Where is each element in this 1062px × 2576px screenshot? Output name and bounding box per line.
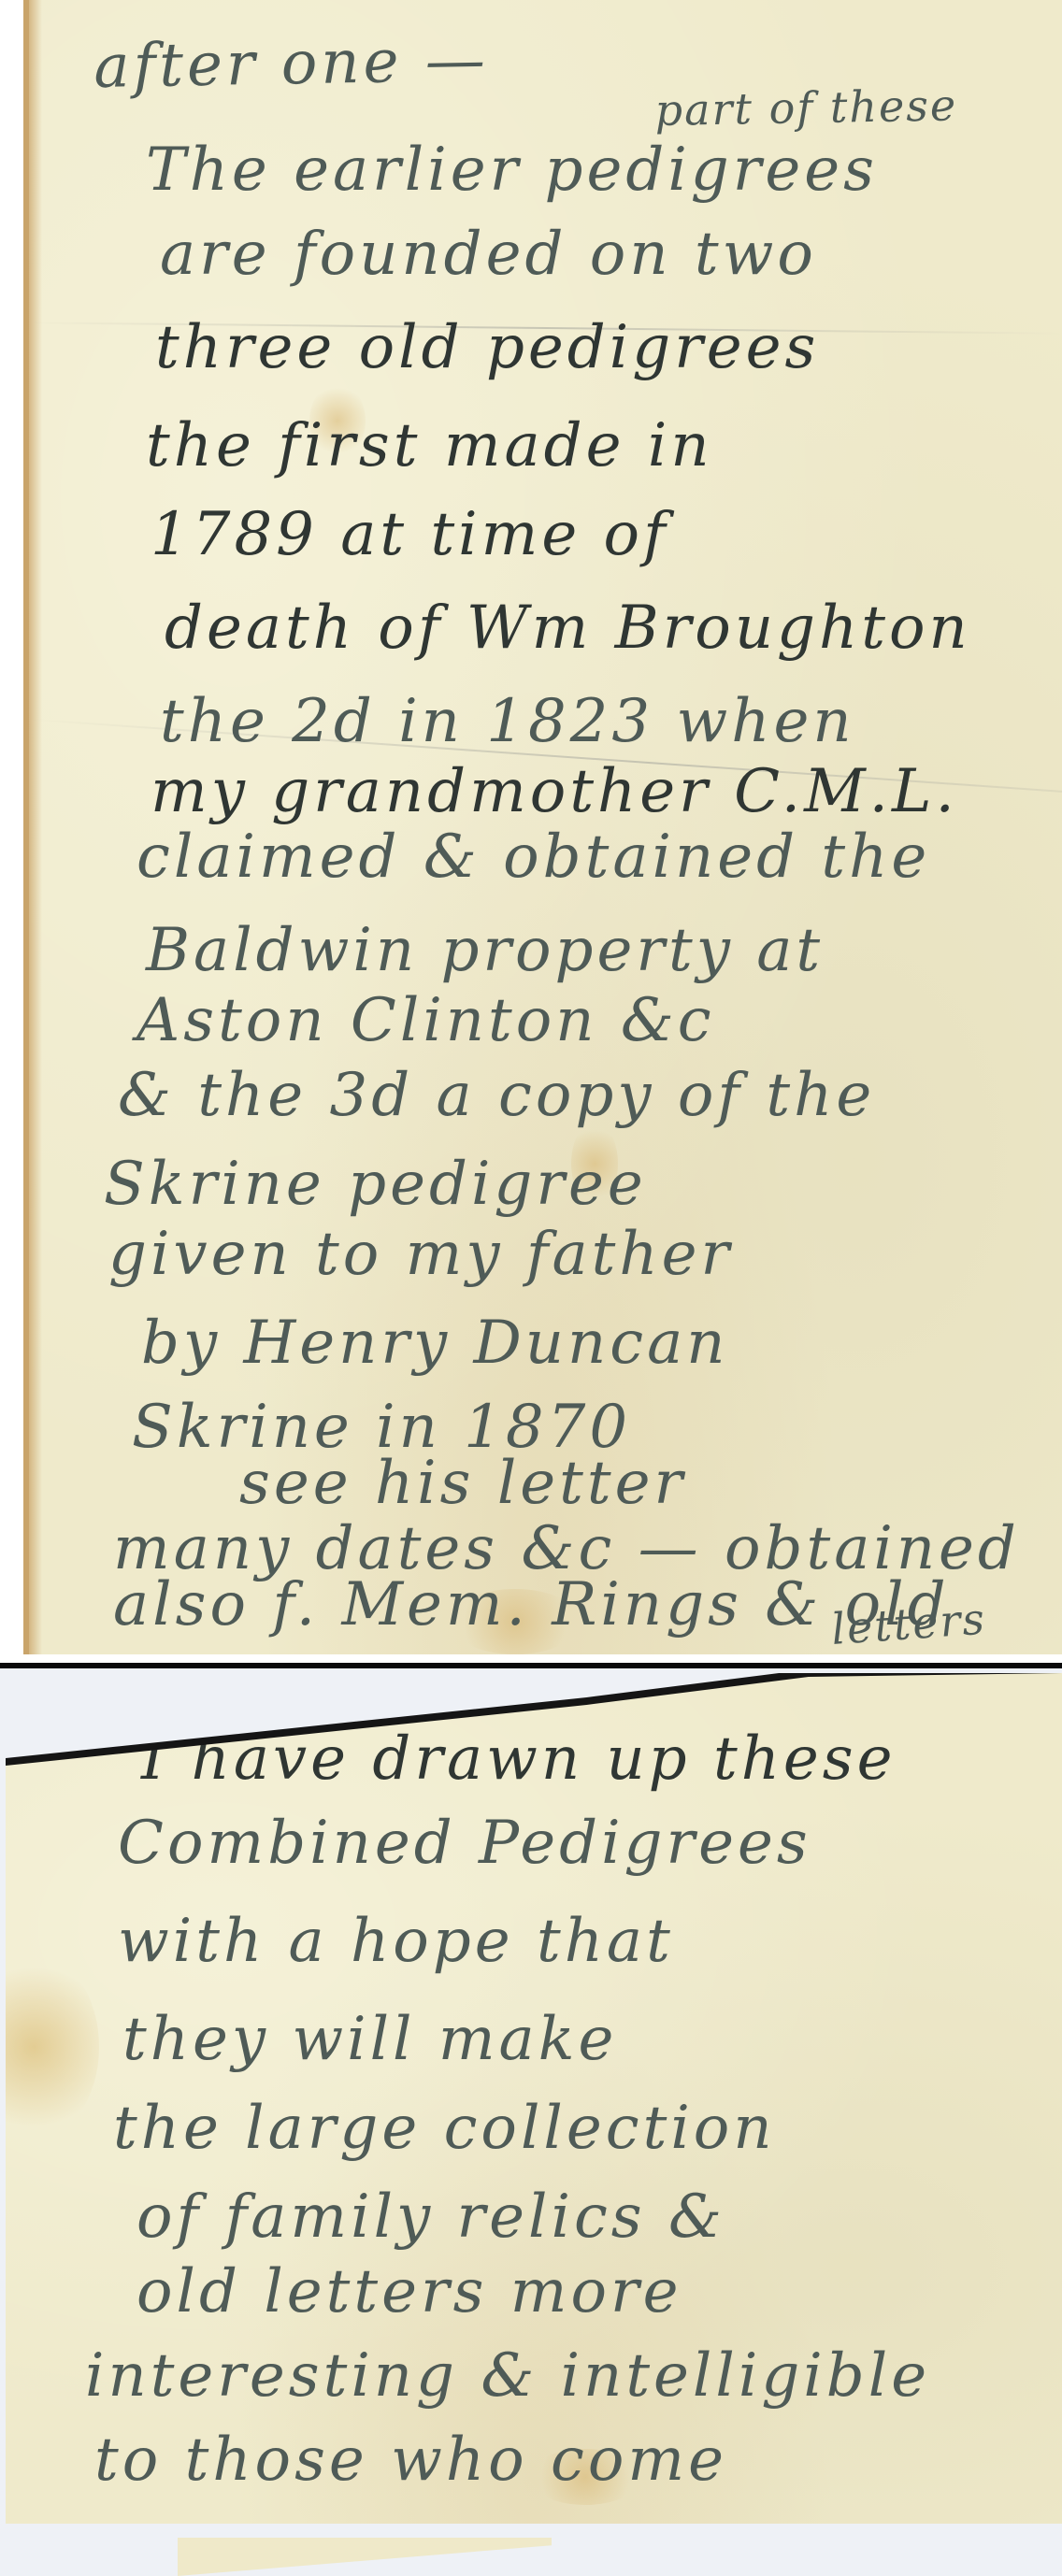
handwritten-line: three old pedigrees bbox=[155, 318, 819, 378]
handwritten-line: to those who come bbox=[94, 2430, 727, 2490]
handwritten-line: after one — bbox=[93, 31, 489, 97]
handwritten-line: letters bbox=[830, 1597, 988, 1651]
handwritten-line: Skrine pedigree bbox=[104, 1154, 647, 1214]
handwritten-line: interesting & intelligible bbox=[85, 2346, 930, 2406]
handwritten-line: the first made in bbox=[146, 416, 713, 476]
handwritten-line: the 2d in 1823 when bbox=[160, 692, 855, 751]
handwritten-line: claimed & obtained the bbox=[136, 827, 930, 887]
handwritten-line: my grandmother C.M.L. bbox=[151, 762, 958, 822]
handwritten-line: are founded on two bbox=[160, 224, 817, 284]
handwritten-line: death of Wm Broughton bbox=[165, 598, 971, 658]
handwritten-line: they will make bbox=[122, 2010, 617, 2069]
handwritten-line: Baldwin property at bbox=[146, 921, 824, 980]
handwritten-line: Aston Clinton &c bbox=[136, 991, 715, 1051]
manuscript-page-2: I have drawn up these Combined Pedigrees… bbox=[6, 1673, 1062, 2524]
handwritten-line: with a hope that bbox=[118, 1911, 674, 1971]
handwritten-line: The earlier pedigrees bbox=[146, 140, 878, 200]
handwritten-line: of family relics & bbox=[136, 2187, 725, 2247]
handwritten-line: also f. Mem. Rings & old bbox=[113, 1575, 950, 1635]
handwritten-line: Combined Pedigrees bbox=[118, 1813, 811, 1873]
handwritten-line: by Henry Duncan bbox=[141, 1313, 728, 1373]
handwritten-line: given to my father bbox=[108, 1224, 733, 1284]
handwritten-line: the large collection bbox=[113, 2098, 776, 2158]
handwritten-line: part of these bbox=[654, 83, 957, 132]
handwritten-line: see his letter bbox=[239, 1453, 686, 1513]
handwritten-line: & the 3d a copy of the bbox=[118, 1066, 875, 1125]
paper-stain bbox=[6, 1953, 99, 2140]
handwritten-line: old letters more bbox=[136, 2262, 682, 2322]
handwritten-line: 1789 at time of bbox=[151, 505, 669, 565]
manuscript-page-1: after one — part of these The earlier pe… bbox=[23, 0, 1062, 1654]
